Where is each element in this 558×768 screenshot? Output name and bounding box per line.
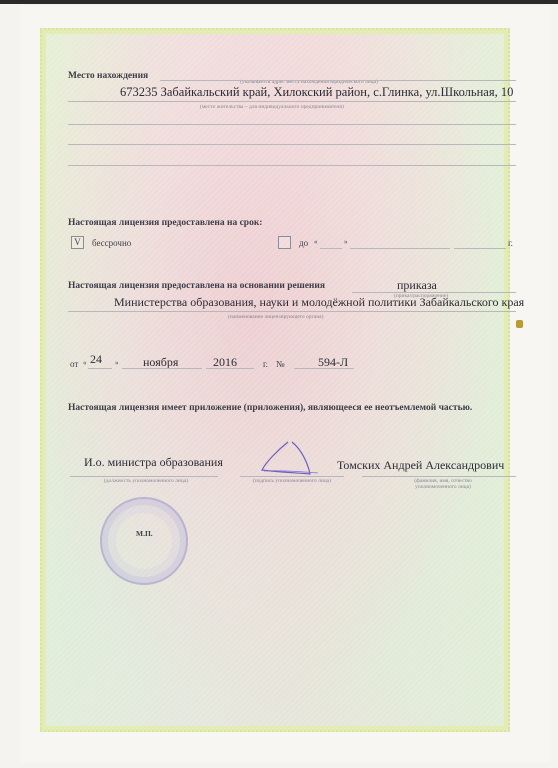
until-year-field[interactable] — [454, 248, 506, 249]
rule — [68, 311, 516, 312]
rule — [240, 476, 344, 477]
until-label: до — [299, 238, 308, 248]
rule — [122, 368, 202, 369]
position-hint: (должность уполномоченного лица) — [96, 478, 196, 484]
until-year-suffix: г. — [508, 238, 513, 248]
authority-value: Министерства образования, науки и молодё… — [114, 295, 524, 310]
signer-position: И.о. министра образования — [84, 455, 223, 470]
address-value: 673235 Забайкальский край, Хилокский рай… — [120, 85, 513, 100]
staple-mark — [516, 320, 523, 328]
rule — [160, 80, 516, 81]
rule — [70, 476, 218, 477]
date-day: 24 — [90, 352, 102, 367]
date-prefix: от — [70, 359, 78, 369]
until-quote-open: « — [314, 238, 318, 246]
until-day-field[interactable] — [320, 248, 342, 249]
rule — [294, 368, 354, 369]
signature-mark — [258, 440, 328, 480]
until-month-field[interactable] — [350, 248, 450, 249]
rule — [362, 476, 516, 477]
official-stamp — [100, 497, 188, 585]
basis-label: Настоящая лицензия предоставлена на осно… — [68, 281, 325, 291]
authority-hint: (наименование лицензирующего органа) — [228, 314, 323, 320]
rule — [88, 368, 112, 369]
date-quote-open: « — [83, 359, 87, 367]
stamp-label: М.П. — [136, 529, 153, 538]
unlimited-checkbox[interactable]: V — [71, 236, 84, 249]
rule — [206, 368, 254, 369]
signature-hint: (подпись уполномоченного лица) — [252, 478, 332, 484]
name-hint: (фамилия, имя, отчество уполномоченного … — [398, 478, 488, 490]
date-quote-close: » — [115, 359, 119, 367]
number-sign: № — [276, 359, 285, 369]
location-label: Место нахождения — [68, 71, 148, 81]
location-hint-individual: (место жительства – для индивидуального … — [200, 104, 344, 110]
until-quote-close: » — [344, 238, 348, 246]
rule — [68, 101, 516, 102]
unlimited-label: бессрочно — [92, 238, 131, 248]
security-background — [40, 28, 510, 732]
rule — [68, 165, 516, 166]
appendix-text: Настоящая лицензия имеет приложение (при… — [68, 403, 472, 413]
rule — [68, 124, 516, 125]
date-year-suffix: г. — [263, 359, 268, 369]
signer-name: Томских Андрей Александрович — [337, 458, 504, 473]
scan-edge — [0, 0, 558, 4]
rule — [68, 144, 516, 145]
decision-type: приказа — [397, 278, 437, 293]
term-label: Настоящая лицензия предоставлена на срок… — [68, 218, 262, 228]
until-checkbox[interactable] — [278, 236, 291, 249]
